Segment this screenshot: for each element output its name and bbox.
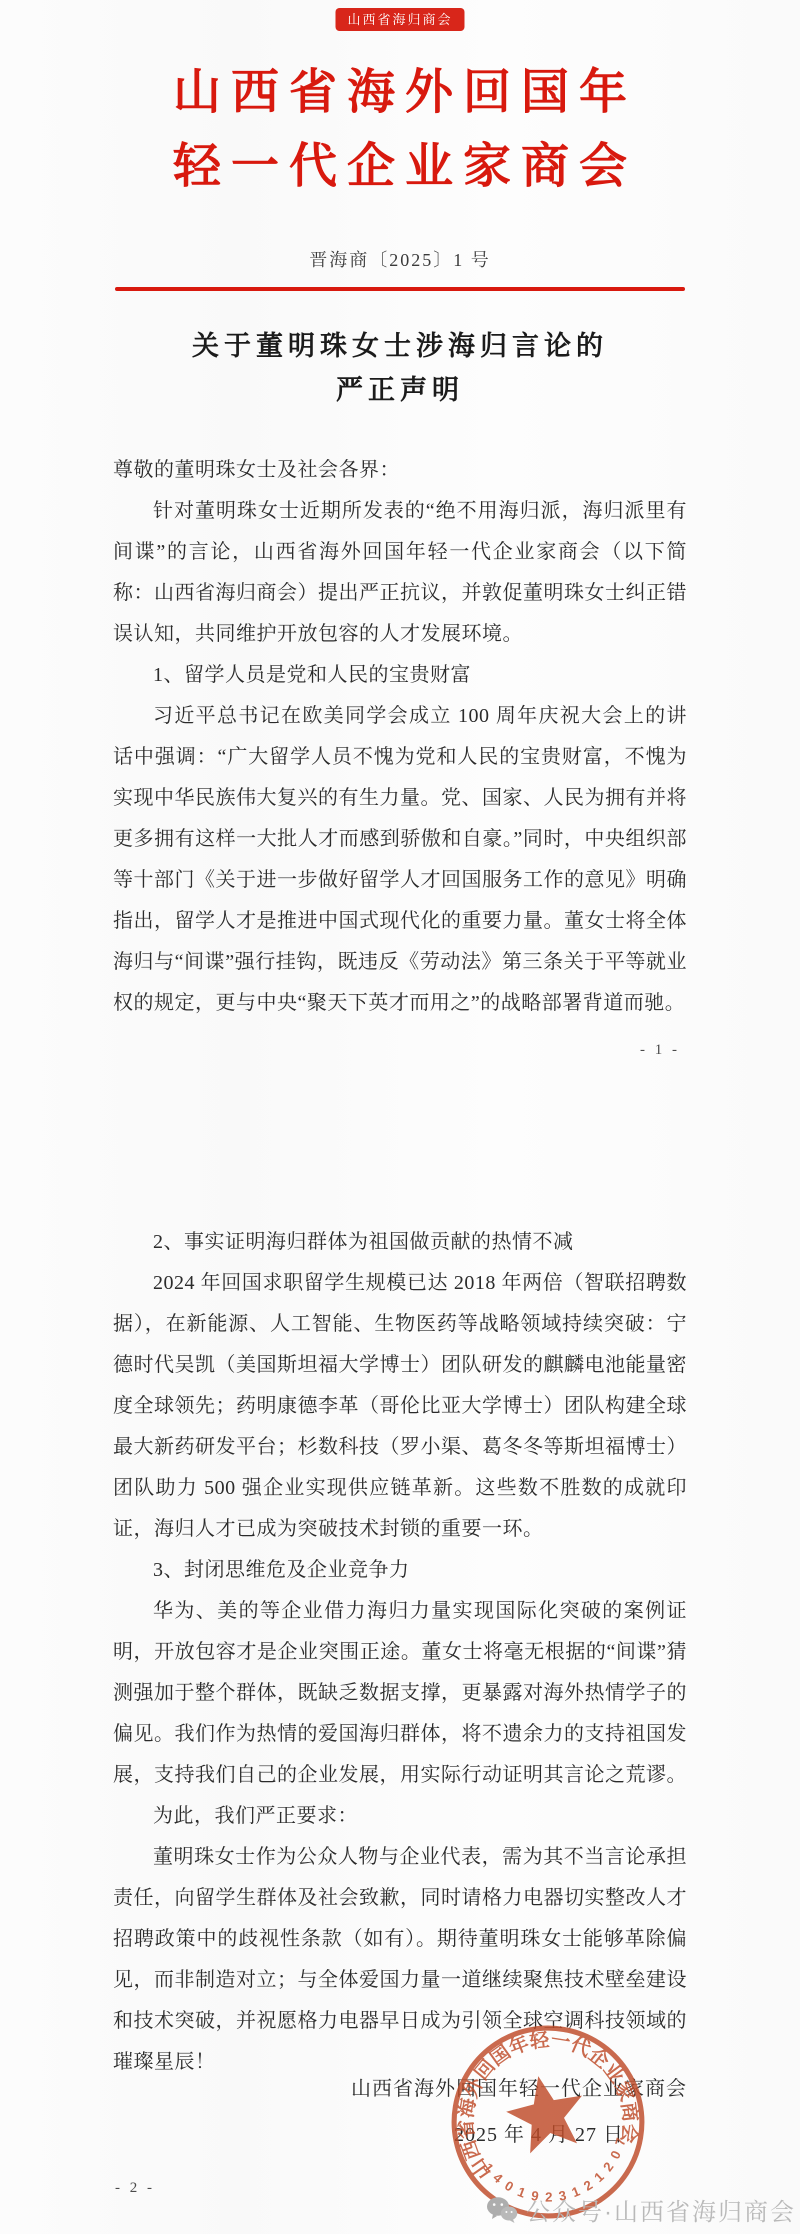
letterhead-divider xyxy=(115,287,685,291)
footer-watermark-text: 公众号·山西省海归商会 xyxy=(526,2192,796,2227)
letterhead-title-line2: 轻一代企业家商会 xyxy=(0,130,800,204)
signature: 山西省海外回国年轻一代企业家商会 xyxy=(351,2072,687,2101)
section-1-heading: 1、留学人员是党和人民的宝贵财富 xyxy=(113,655,687,696)
section-2-heading: 2、事实证明海归群体为祖国做贡献的热情不减 xyxy=(113,1222,687,1263)
page-number-1: - 1 - xyxy=(640,1042,680,1059)
body-page-1: 尊敬的董明珠女士及社会各界： 针对董明珠女士近期所发表的“绝不用海归派，海归派里… xyxy=(113,450,687,1024)
document-number: 晋海商〔2025〕1 号 xyxy=(0,246,800,272)
document-scan: 山西省海归商会 山西省海外回国年 轻一代企业家商会 晋海商〔2025〕1 号 关… xyxy=(0,0,800,2234)
footer-watermark: 公众号·山西省海归商会 xyxy=(486,2192,796,2227)
section-3-heading: 3、封闭思维危及企业竞争力 xyxy=(113,1550,687,1591)
document-heading-line2: 严正声明 xyxy=(0,368,800,412)
paragraph: 2024 年回国求职留学生规模已达 2018 年两倍（智联招聘数据），在新能源、… xyxy=(113,1263,687,1550)
account-badge-label: 山西省海归商会 xyxy=(347,12,452,27)
document-heading-line1: 关于董明珠女士涉海归言论的 xyxy=(0,324,800,368)
paragraph: 针对董明珠女士近期所发表的“绝不用海归派，海归派里有间谍”的言论，山西省海外回国… xyxy=(113,491,687,655)
paragraph: 董明珠女士作为公众人物与企业代表，需为其不当言论承担责任，向留学生群体及社会致歉… xyxy=(113,1837,687,2083)
body-page-2: 2、事实证明海归群体为祖国做贡献的热情不减 2024 年回国求职留学生规模已达 … xyxy=(113,1222,687,2083)
document-heading: 关于董明珠女士涉海归言论的 严正声明 xyxy=(0,324,800,412)
page-number-2: - 2 - xyxy=(115,2180,155,2197)
letterhead-title-line1: 山西省海外回国年 xyxy=(0,56,800,130)
salutation: 尊敬的董明珠女士及社会各界： xyxy=(113,450,687,491)
signature-date: 2025 年 4 月 27 日 xyxy=(454,2118,624,2147)
paragraph: 习近平总书记在欧美同学会成立 100 周年庆祝大会上的讲话中强调：“广大留学人员… xyxy=(113,696,687,1024)
paragraph: 华为、美的等企业借力海归力量实现国际化突破的案例证明，开放包容才是企业突围正途。… xyxy=(113,1591,687,1796)
paragraph: 为此，我们严正要求： xyxy=(113,1796,687,1837)
letterhead-title: 山西省海外回国年 轻一代企业家商会 xyxy=(0,56,800,204)
account-badge: 山西省海归商会 xyxy=(335,8,464,31)
wechat-icon xyxy=(486,2196,518,2224)
